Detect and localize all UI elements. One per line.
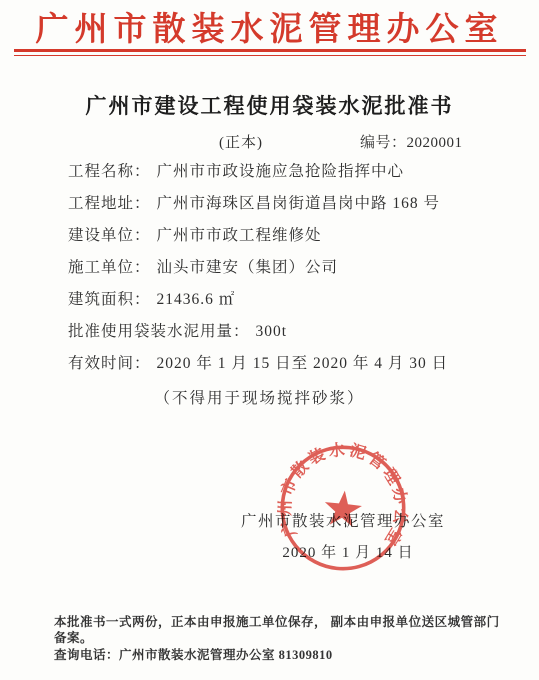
footer-note-line-1: 本批准书一式两份，正本由申报施工单位保存， 副本由申报单位送区城管部门 [54, 614, 495, 630]
field-label: 批准使用袋装水泥用量： [68, 323, 250, 340]
field-valid-period: 有效时间：2020 年 1 月 15 日至 2020 年 4 月 30 日 [68, 353, 509, 385]
field-value: 汕头市建安（集团）公司 [157, 259, 339, 276]
svg-text:广州市散装水泥管理办公室: 广州市散装水泥管理办公室 [272, 434, 417, 552]
official-seal-stamp-icon: 广州市散装水泥管理办公室 [264, 429, 422, 587]
footer-phone-line: 查询电话：广州市散装水泥管理办公室 81309810 [54, 647, 495, 663]
document-number: 编号：2020001 [360, 131, 463, 152]
field-label: 工程名称： [68, 163, 151, 180]
field-list: 工程名称：广州市市政设施应急抢险指挥中心 工程地址：广州市海珠区昌岗街道昌岗中路… [68, 161, 509, 385]
field-value: 广州市市政工程维修处 [157, 227, 322, 244]
field-construction-unit: 建设单位：广州市市政工程维修处 [68, 225, 509, 257]
field-project-address: 工程地址：广州市海珠区昌岗街道昌岗中路 168 号 [68, 193, 509, 225]
field-value: 广州市海珠区昌岗街道昌岗中路 168 号 [157, 195, 441, 212]
document-number-value: 2020001 [407, 135, 463, 151]
field-value: 300t [256, 323, 288, 340]
field-contractor-unit: 施工单位：汕头市建安（集团）公司 [68, 257, 509, 289]
approval-document-page: 广州市散装水泥管理办公室 广州市建设工程使用袋装水泥批准书 (正本) 编号：20… [0, 0, 539, 680]
field-value: 广州市市政设施应急抢险指挥中心 [157, 163, 405, 180]
field-label: 工程地址： [68, 195, 151, 212]
document-number-label: 编号： [360, 135, 407, 151]
document-title: 广州市建设工程使用袋装水泥批准书 [0, 90, 539, 120]
field-label: 建设单位： [68, 227, 151, 244]
letterhead-divider-rule [14, 49, 526, 56]
field-value: 2020 年 1 月 15 日至 2020 年 4 月 30 日 [157, 355, 449, 372]
field-value: 21436.6 ㎡ [157, 291, 236, 308]
footer-note-line-2: 备案。 [54, 630, 495, 646]
seal-curved-text: 广州市散装水泥管理办公室 [272, 434, 417, 552]
field-building-area: 建筑面积：21436.6 ㎡ [68, 289, 509, 321]
field-label: 建筑面积： [68, 291, 151, 308]
letterhead-office-name: 广州市散装水泥管理办公室 [0, 3, 539, 50]
copy-type-label: (正本) [219, 131, 263, 152]
signature-date: 2020 年 1 月 14 日 [282, 541, 413, 562]
footer-notes: 本批准书一式两份，正本由申报施工单位保存， 副本由申报单位送区城管部门 备案。 … [54, 614, 495, 663]
field-project-name: 工程名称：广州市市政设施应急抢险指挥中心 [68, 161, 509, 193]
field-approved-cement-amount: 批准使用袋装水泥用量：300t [68, 321, 509, 353]
document-meta: (正本) 编号：2020001 [0, 131, 539, 155]
signature-issuer-name: 广州市散装水泥管理办公室 [241, 509, 445, 531]
restriction-note: （不得用于现场搅拌砂浆） [0, 386, 529, 408]
field-label: 施工单位： [68, 259, 151, 276]
field-label: 有效时间： [68, 355, 151, 372]
